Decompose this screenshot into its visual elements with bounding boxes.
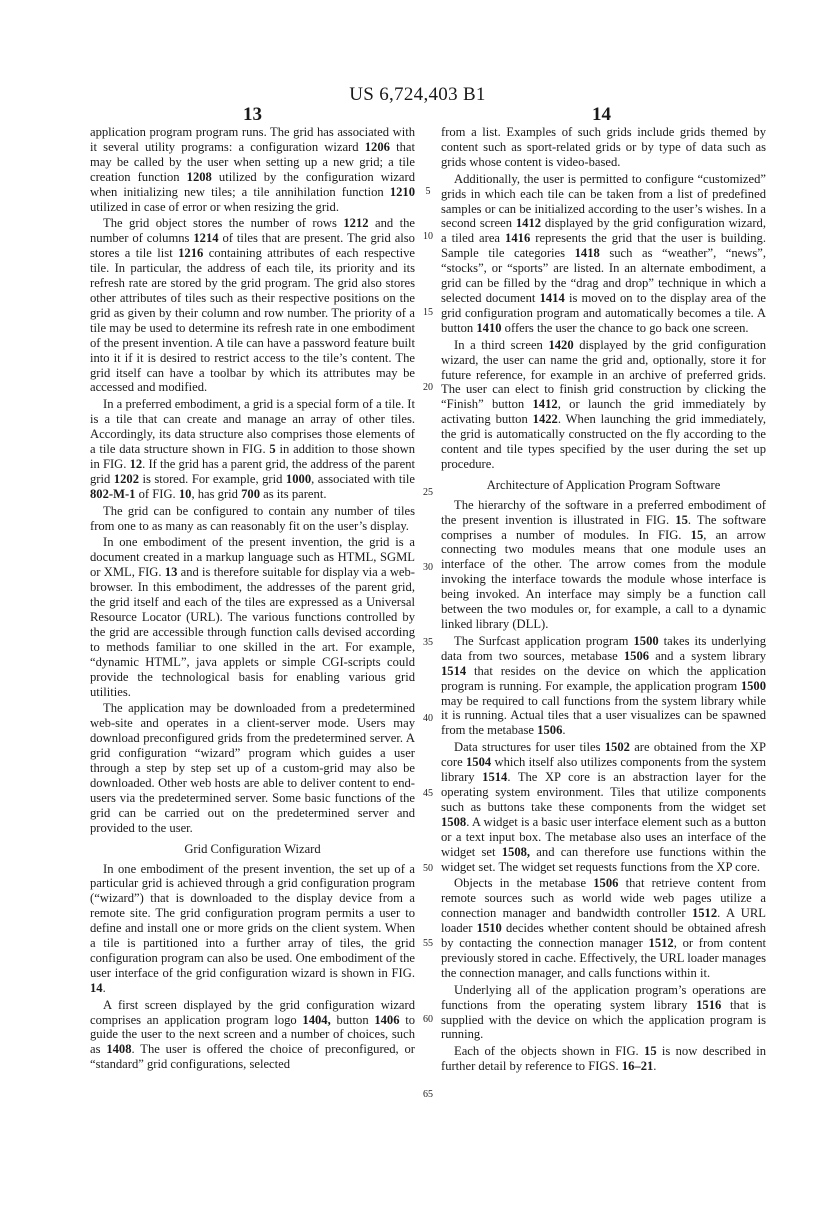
column-number-right: 14 [592,104,611,126]
paragraph: In a preferred embodiment, a grid is a s… [90,397,415,501]
line-number: 40 [418,713,438,724]
reference-numeral: 802-M-1 [90,487,135,501]
reference-numeral: 1202 [114,472,139,486]
paragraph: In a third screen 1420 displayed by the … [441,338,766,472]
line-number: 45 [418,788,438,799]
left-text-column: application program program runs. The gr… [90,125,415,1072]
reference-numeral: 1210 [390,185,415,199]
paragraph: The grid object stores the number of row… [90,216,415,395]
reference-numeral: 1514 [441,664,466,678]
patent-number: US 6,724,403 B1 [0,84,835,106]
reference-numeral: 1404, [302,1013,330,1027]
reference-numeral: 1504 [466,755,491,769]
reference-numeral: 1420 [548,338,573,352]
line-number: 65 [418,1089,438,1100]
reference-numeral: 1500 [633,634,658,648]
reference-numeral: 1416 [505,231,530,245]
reference-numeral: 1412 [516,216,541,230]
line-number: 20 [418,382,438,393]
paragraph: In one embodiment of the present inventi… [90,862,415,996]
reference-numeral: 1208 [187,170,212,184]
line-number: 50 [418,863,438,874]
reference-numeral: 1412 [533,397,558,411]
reference-numeral: 1422 [533,412,558,426]
reference-numeral: 1216 [178,246,203,260]
reference-numeral: 1206 [365,140,390,154]
paragraph: The hierarchy of the software in a prefe… [441,498,766,632]
paragraph: The Surfcast application program 1500 ta… [441,634,766,738]
reference-numeral: 10 [179,487,192,501]
paragraph: from a list. Examples of such grids incl… [441,125,766,170]
line-number: 30 [418,562,438,573]
paragraph: Objects in the metabase 1506 that retrie… [441,876,766,980]
reference-numeral: 1418 [575,246,600,260]
reference-numeral: 16–21 [622,1059,653,1073]
reference-numeral: 1214 [193,231,218,245]
paragraph: Each of the objects shown in FIG. 15 is … [441,1044,766,1074]
reference-numeral: 1516 [696,998,721,1012]
reference-numeral: 1508 [441,815,466,829]
reference-numeral: 1500 [741,679,766,693]
paragraph: Underlying all of the application progra… [441,983,766,1043]
reference-numeral: 13 [165,565,178,579]
reference-numeral: 1508, [502,845,530,859]
reference-numeral: 1506 [624,649,649,663]
reference-numeral: 12 [130,457,143,471]
reference-numeral: 15 [675,513,688,527]
section-heading: Architecture of Application Program Soft… [441,478,766,493]
line-number: 15 [418,307,438,318]
paragraph: The application may be downloaded from a… [90,701,415,835]
reference-numeral: 1506 [593,876,618,890]
paragraph: In one embodiment of the present inventi… [90,535,415,699]
paragraph: Data structures for user tiles 1502 are … [441,740,766,874]
reference-numeral: 700 [241,487,260,501]
line-number: 35 [418,637,438,648]
right-text-column: from a list. Examples of such grids incl… [441,125,766,1074]
reference-numeral: 1502 [605,740,630,754]
reference-numeral: 14 [90,981,103,995]
paragraph: The grid can be configured to contain an… [90,504,415,534]
reference-numeral: 1514 [482,770,507,784]
line-number: 25 [418,487,438,498]
line-number: 10 [418,231,438,242]
paragraph: application program program runs. The gr… [90,125,415,214]
reference-numeral: 15 [691,528,704,542]
section-heading: Grid Configuration Wizard [90,842,415,857]
paragraph: Additionally, the user is permitted to c… [441,172,766,336]
column-number-left: 13 [243,104,262,126]
reference-numeral: 1414 [540,291,565,305]
reference-numeral: 1506 [537,723,562,737]
reference-numeral: 1410 [476,321,501,335]
reference-numeral: 5 [269,442,275,456]
reference-numeral: 1510 [477,921,502,935]
reference-numeral: 1512 [649,936,674,950]
reference-numeral: 1212 [343,216,368,230]
paragraph: A first screen displayed by the grid con… [90,998,415,1073]
reference-numeral: 15 [644,1044,657,1058]
reference-numeral: 1000 [286,472,311,486]
line-number: 60 [418,1014,438,1025]
reference-numeral: 1408 [106,1042,131,1056]
reference-numeral: 1512 [692,906,717,920]
reference-numeral: 1406 [374,1013,399,1027]
line-number: 5 [418,186,438,197]
line-number: 55 [418,938,438,949]
